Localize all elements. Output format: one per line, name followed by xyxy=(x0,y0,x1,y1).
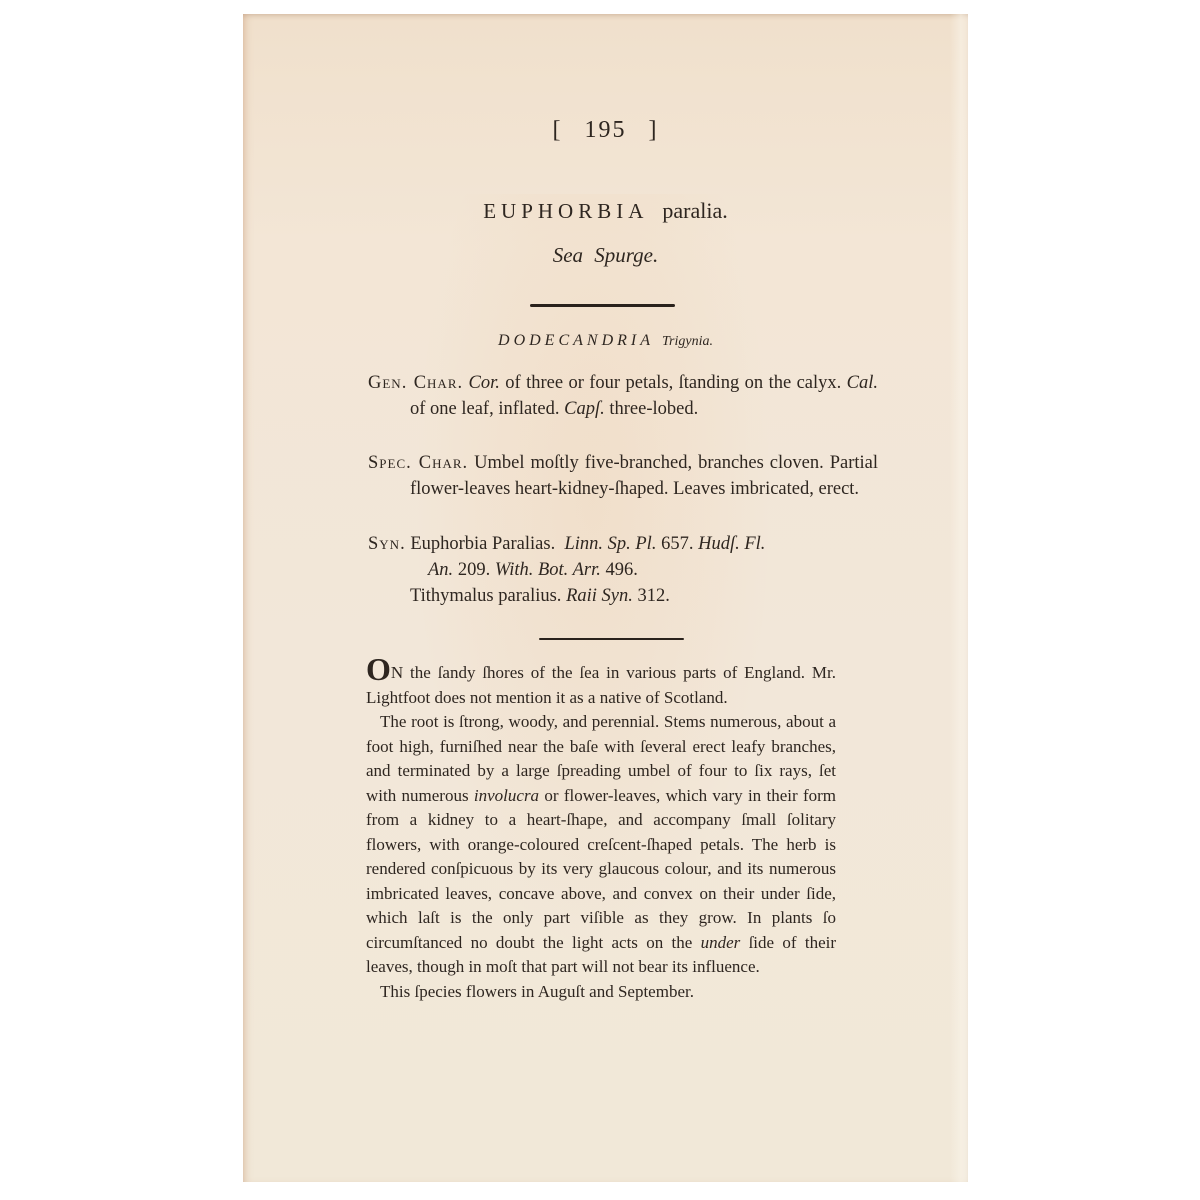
generic-character: Gen. Char. Cor. of three or four petals,… xyxy=(368,370,878,422)
gen-seg-cor: Cor. xyxy=(469,373,500,393)
order-name: Trigynia. xyxy=(662,334,713,349)
bracket-close: ] xyxy=(649,117,659,143)
linnaean-classification: DODECANDRIATrigynia. xyxy=(243,332,968,350)
drop-cap: O xyxy=(366,651,391,687)
syn-ref-with-page: 496. xyxy=(606,560,638,580)
paragraph-description: The root is ſtrong, woody, and perennial… xyxy=(366,710,836,980)
syn-line-1: Syn. Euphorbia Paralias. Linn. Sp. Pl. 6… xyxy=(368,531,836,557)
bracket-open: [ xyxy=(553,117,563,143)
class-name: DODECANDRIA xyxy=(498,332,654,349)
gen-seg-cal: Cal. xyxy=(847,373,878,393)
species-epithet: paralia. xyxy=(662,198,727,223)
gen-seg-text3: three-lobed. xyxy=(605,399,699,419)
desc-italic-under: under xyxy=(701,933,741,952)
syn-name-euphorbia: Euphorbia Paralias. xyxy=(410,534,555,554)
divider-rule-bottom xyxy=(539,638,684,640)
gen-seg-text2: of one leaf, inflated. xyxy=(410,399,564,419)
syn-ref-an: An. xyxy=(428,560,453,580)
paragraph-habitat-text: N the ſandy ſhores of the ſea in various… xyxy=(366,663,836,707)
syn-ref-with: With. Bot. Arr. xyxy=(495,560,601,580)
paragraph-flowering: This ſpecies flowers in Auguſt and Septe… xyxy=(366,980,836,1005)
spec-char-text: Umbel moſtly five-branched, branches clo… xyxy=(410,453,878,499)
gen-char-label: Gen. Char. xyxy=(368,373,463,393)
paragraph-habitat: ON the ſandy ſhores of the ſea in variou… xyxy=(366,659,836,710)
spec-char-label: Spec. Char. xyxy=(368,453,468,473)
syn-label: Syn. xyxy=(368,534,406,554)
desc-italic-involucra: involucra xyxy=(474,786,539,805)
genus-name: EUPHORBIA xyxy=(483,199,648,223)
syn-line-3: Tithymalus paralius. Raii Syn. 312. xyxy=(368,583,836,609)
specific-character: Spec. Char. Umbel moſtly five-branched, … xyxy=(368,450,878,502)
book-page: [195] EUPHORBIAparalia. Sea Spurge. DODE… xyxy=(243,14,968,1182)
syn-ref-raii-page: 312. xyxy=(637,586,669,606)
species-title: EUPHORBIAparalia. xyxy=(243,198,968,224)
divider-rule-top xyxy=(530,304,675,307)
common-name: Sea Spurge. xyxy=(243,243,968,268)
syn-ref-an-page: 209. xyxy=(458,560,490,580)
syn-ref-linn-page: 657. xyxy=(661,534,693,554)
syn-ref-huds: Hudſ. Fl. xyxy=(698,534,765,554)
synonyms: Syn. Euphorbia Paralias. Linn. Sp. Pl. 6… xyxy=(368,531,836,609)
page-number-value: 195 xyxy=(585,117,627,143)
syn-ref-raii: Raii Syn. xyxy=(566,586,633,606)
description-text: ON the ſandy ſhores of the ſea in variou… xyxy=(366,659,836,1004)
syn-name-tithymalus: Tithymalus paralius. xyxy=(410,586,561,606)
gen-seg-caps: Capſ. xyxy=(564,399,605,419)
syn-line-2: An. 209. With. Bot. Arr. 496. xyxy=(368,557,836,583)
desc-text-b: or flower-leaves, which vary in their fo… xyxy=(366,786,836,952)
page-number: [195] xyxy=(243,117,968,144)
gen-seg-text1: of three or four petals, ſtanding on the… xyxy=(500,373,847,393)
syn-ref-linn: Linn. Sp. Pl. xyxy=(564,534,656,554)
